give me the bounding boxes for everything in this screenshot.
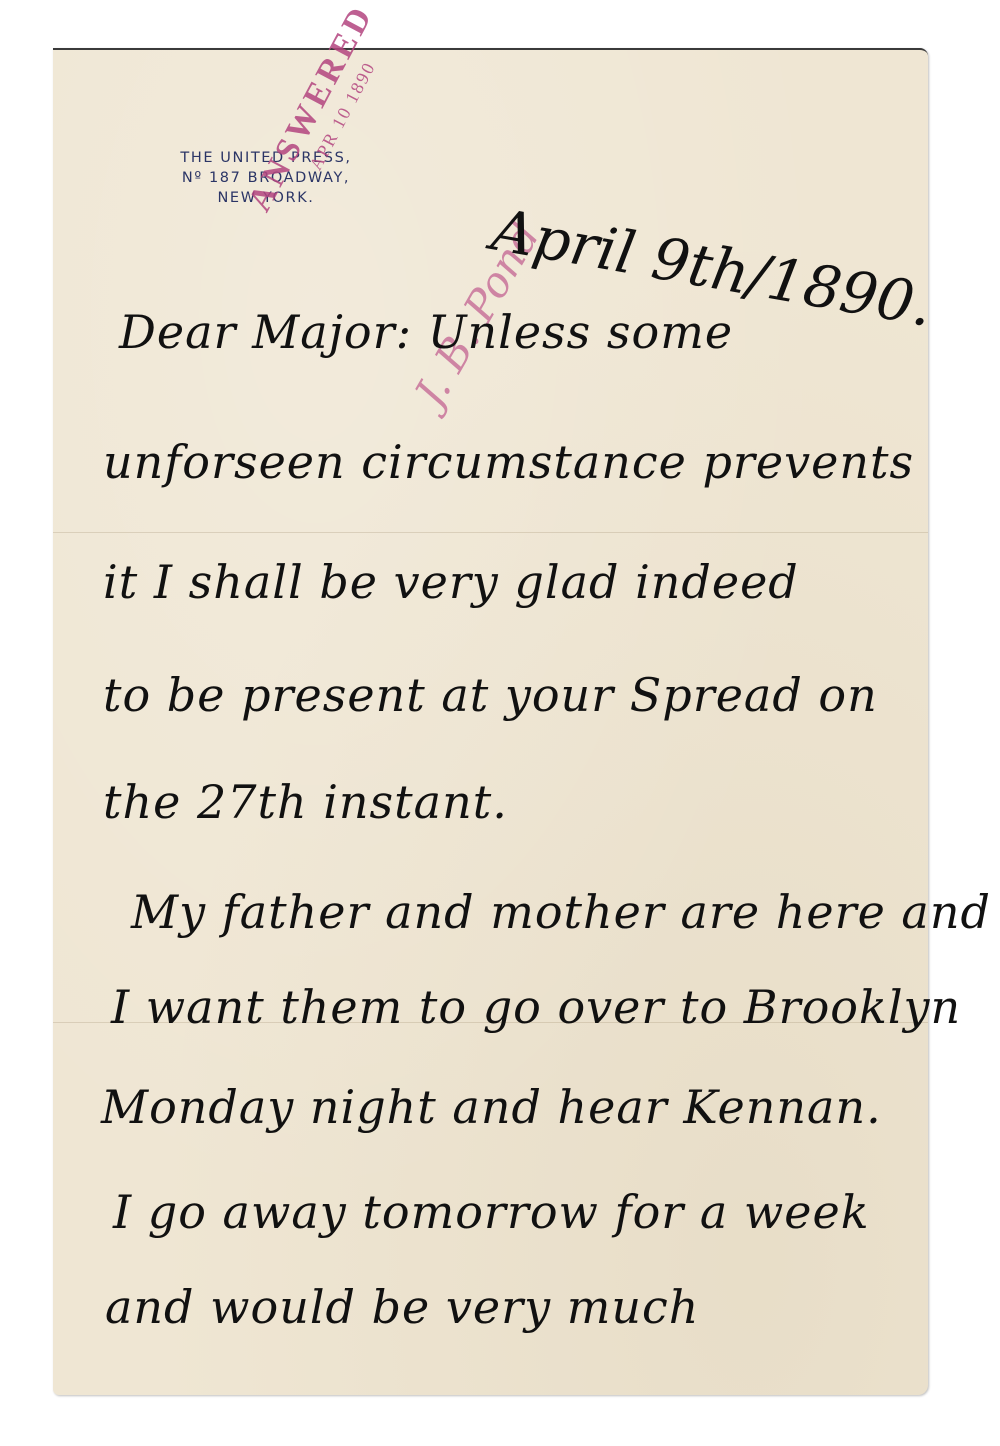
letter-line: My father and mother are here and (131, 885, 991, 939)
letter-line: unforseen circumstance prevents (103, 435, 914, 489)
letter-paper: THE UNITED PRESS, Nº 187 BROADWAY, NEW Y… (53, 48, 928, 1395)
letter-line: and would be very much (105, 1280, 699, 1334)
letter-line: I want them to go over to Brooklyn (111, 980, 961, 1034)
letter-line: it I shall be very glad indeed (103, 555, 799, 609)
letter-line: the 27th instant. (103, 775, 508, 829)
letter-line: Dear Major: Unless some (119, 305, 733, 359)
letter-line: to be present at your Spread on (103, 668, 878, 722)
fold-line (53, 532, 928, 533)
letter-line: I go away tomorrow for a week (113, 1185, 870, 1239)
letter-line: Monday night and hear Kennan. (101, 1080, 882, 1134)
